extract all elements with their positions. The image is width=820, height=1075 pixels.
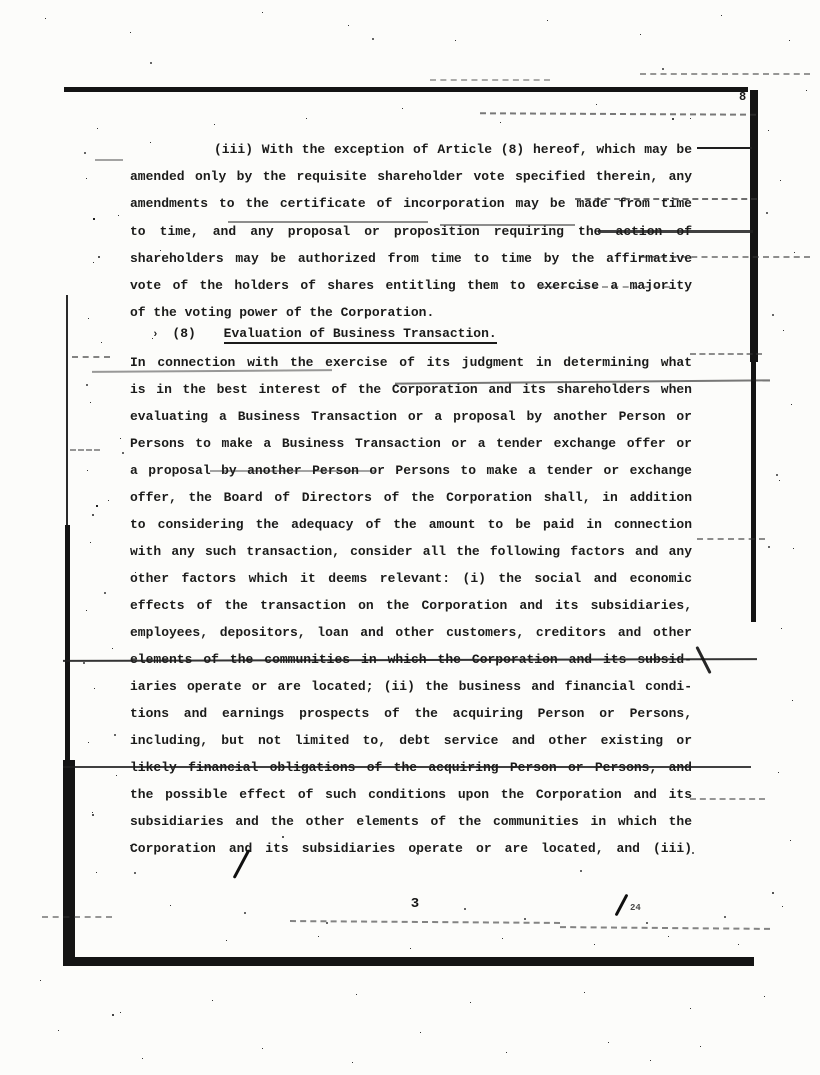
text-line: to considering the adequacy of the amoun… bbox=[130, 511, 692, 538]
scan-artifact-line bbox=[42, 916, 112, 918]
text-line: including, but not limited to, debt serv… bbox=[130, 727, 692, 754]
scan-artifact-line bbox=[228, 221, 428, 223]
scan-border-left bbox=[63, 760, 75, 960]
scan-border-left-mid bbox=[65, 525, 70, 760]
text-line: Persons to make a Business Transaction o… bbox=[130, 430, 692, 457]
scan-artifact-line bbox=[575, 198, 757, 200]
text-line: evaluating a Business Transaction or a p… bbox=[130, 403, 692, 430]
text-line: the possible effect of such conditions u… bbox=[130, 781, 692, 808]
text-line: with any such transaction, consider all … bbox=[130, 538, 692, 565]
scan-artifact-line bbox=[697, 538, 765, 540]
scan-border-top bbox=[64, 87, 748, 92]
scan-artifact-line bbox=[440, 224, 575, 226]
text-line: employees, depositors, loan and other cu… bbox=[130, 619, 692, 646]
section-number: (8) bbox=[172, 326, 195, 341]
scan-artifact-line bbox=[640, 73, 810, 75]
page-number: 3 bbox=[403, 896, 427, 912]
scan-artifact-line bbox=[560, 926, 770, 930]
text-line: iaries operate or are located; (ii) the … bbox=[130, 673, 692, 700]
text-line: subsidiaries and the other elements of t… bbox=[130, 808, 692, 835]
scan-border-right bbox=[750, 90, 758, 362]
pen-mark bbox=[615, 894, 629, 917]
text-line: Corporation and its subsidiaries operate… bbox=[130, 835, 692, 862]
section-heading: › (8) Evaluation of Business Transaction… bbox=[130, 320, 692, 347]
scan-artifact-line bbox=[210, 470, 375, 472]
section-title: Evaluation of Business Transaction. bbox=[224, 326, 497, 344]
scan-artifact-line bbox=[690, 353, 762, 355]
scan-artifact-line bbox=[430, 79, 550, 81]
text-line: tions and earnings prospects of the acqu… bbox=[130, 700, 692, 727]
scan-border-bottom bbox=[63, 957, 754, 966]
paragraph-8-body: In connection with the exercise of its j… bbox=[130, 349, 692, 862]
scan-artifact-line bbox=[95, 159, 123, 161]
noise-speck-field bbox=[0, 0, 2, 2]
scan-artifact-line bbox=[72, 356, 110, 358]
scan-artifact-line bbox=[690, 798, 765, 800]
text-line: amended only by the requisite shareholde… bbox=[130, 163, 692, 190]
margin-squiggle-mark: 24 bbox=[630, 903, 641, 913]
scanned-document-page: 8 (iii) With the exception of Article (8… bbox=[0, 0, 820, 1075]
scan-artifact-line bbox=[640, 256, 810, 258]
scan-border-left-thin bbox=[66, 295, 68, 525]
text-line: other factors which it deems relevant: (… bbox=[130, 565, 692, 592]
scan-artifact-line bbox=[697, 147, 752, 149]
scan-artifact-line bbox=[480, 112, 756, 115]
scan-border-right-lower bbox=[751, 362, 756, 622]
text-line: shareholders may be authorized from time… bbox=[130, 245, 692, 272]
text-line: amendments to the certificate of incorpo… bbox=[130, 190, 692, 217]
text-line: effects of the transaction on the Corpor… bbox=[130, 592, 692, 619]
scan-artifact-line bbox=[598, 230, 753, 233]
corner-page-digit: 8 bbox=[739, 90, 746, 104]
scan-artifact-line bbox=[540, 286, 670, 288]
scan-artifact-line bbox=[63, 766, 751, 768]
text-line: (iii) With the exception of Article (8) … bbox=[130, 136, 692, 163]
artifact-arrow-mark: › bbox=[152, 329, 159, 341]
scan-artifact-line bbox=[290, 920, 560, 924]
text-line: offer, the Board of Directors of the Cor… bbox=[130, 484, 692, 511]
scan-artifact-line bbox=[70, 449, 100, 451]
